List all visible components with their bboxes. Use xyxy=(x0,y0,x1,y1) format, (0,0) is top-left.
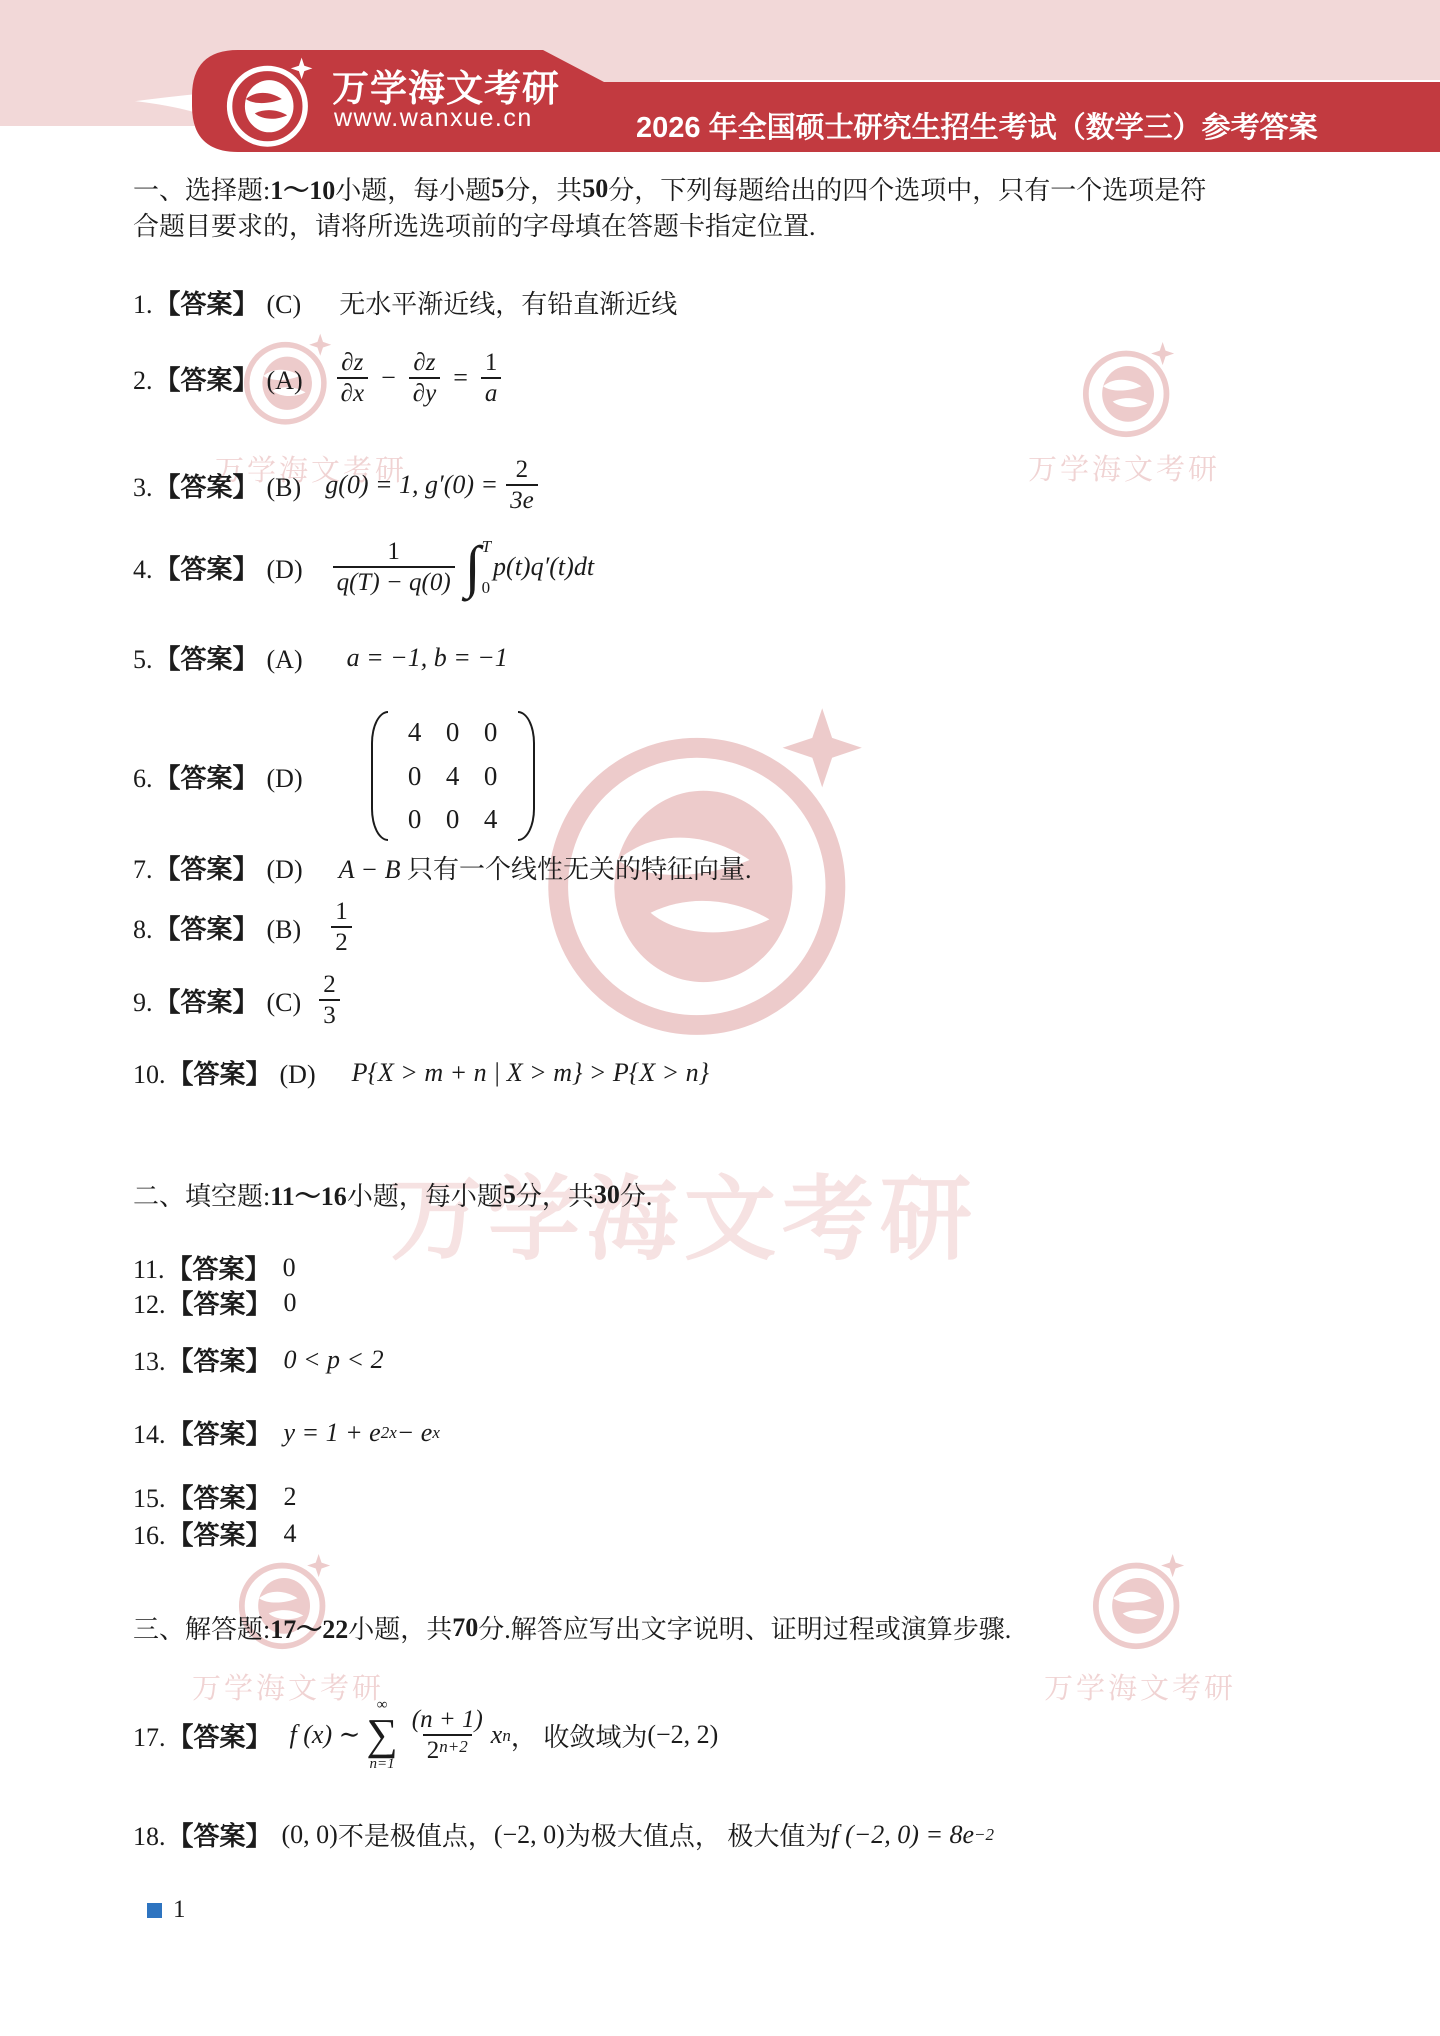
answer-text: 4 xyxy=(284,1519,297,1549)
answer-text: A − B 只有一个线性无关的特征向量. xyxy=(339,849,752,886)
question-number: 15. xyxy=(133,1484,166,1514)
question-17-row: 17.【答案】 f (x) ∼ ∞∑n=1 (n + 1)2n+2 xn ， 收… xyxy=(133,1698,718,1772)
answer-text: (0, 0) 不是极值点， (−2, 0) 为极大值点， 极大值为 f (−2,… xyxy=(282,1816,995,1853)
answer-label: 【答案】 xyxy=(155,909,259,946)
answer-choice: (D) xyxy=(280,1060,316,1090)
answer-label: 【答案】 xyxy=(168,1515,272,1552)
answer-label: 【答案】 xyxy=(155,758,259,795)
brand-logo-icon xyxy=(226,54,316,153)
answer-text: 2 xyxy=(284,1482,297,1512)
matrix-paren-right xyxy=(518,711,535,841)
question-number: 5. xyxy=(133,645,153,675)
answer-label: 【答案】 xyxy=(168,1284,272,1321)
answer-text: 0 xyxy=(284,1288,297,1318)
section-3-label: 三、解答题: xyxy=(133,1609,270,1646)
answer-sheet-page: 万学海文考研 万学海文考研 万学海文考研 万学海文考研 万学海文考研 万学海文考… xyxy=(0,0,1440,2036)
question-number: 7. xyxy=(133,855,153,885)
question-2-row: 2.【答案】(A) ∂z∂x − ∂z∂y = 1a xyxy=(133,336,505,420)
question-number: 3. xyxy=(133,473,153,503)
section-1-heading-line-1: 一、选择题:1～10 小题，每小题 5 分，共 50 分，下列每题给出的四个选项… xyxy=(133,170,1206,207)
answer-label: 【答案】 xyxy=(155,549,259,586)
answer-label: 【答案】 xyxy=(168,1414,272,1451)
answer-text: 0 xyxy=(283,1253,296,1283)
section-2-heading: 二、填空题:11～16 小题，每小题 5 分，共 30 分. xyxy=(133,1176,652,1213)
matrix-paren-left xyxy=(371,711,388,841)
question-number: 4. xyxy=(133,555,153,585)
question-8-row: 8.【答案】(B) 12 xyxy=(133,896,356,958)
question-number: 2. xyxy=(133,366,153,396)
answer-label: 【答案】 xyxy=(155,467,259,504)
answer-label: 【答案】 xyxy=(168,1816,272,1853)
question-6-row: 6.【答案】(D) 4 0 0 0 4 0 0 0 4 xyxy=(133,710,535,842)
question-number: 9. xyxy=(133,988,153,1018)
answer-fraction: 12 xyxy=(331,897,352,958)
answer-matrix: 4 0 0 0 4 0 0 0 4 xyxy=(371,711,535,841)
question-number: 14. xyxy=(133,1420,166,1450)
answer-fraction: 23 xyxy=(319,970,340,1031)
answer-choice: (A) xyxy=(267,366,303,396)
integral: ∫T0 xyxy=(465,536,491,598)
question-number: 10. xyxy=(133,1060,166,1090)
question-number: 16. xyxy=(133,1521,166,1551)
answer-label: 【答案】 xyxy=(155,284,259,321)
answer-label: 【答案】 xyxy=(168,1341,272,1378)
answer-formula: 0 < p < 2 xyxy=(284,1345,384,1375)
question-number: 11. xyxy=(133,1255,165,1285)
question-10-row: 10.【答案】(D) P{X > m + n | X > m} > P{X > … xyxy=(133,1054,709,1091)
question-16-row: 16.【答案】 4 xyxy=(133,1515,297,1552)
question-11-row: 11.【答案】 0 xyxy=(133,1249,296,1286)
question-number: 12. xyxy=(133,1290,166,1320)
answer-formula: y = 1 + e2x − ex xyxy=(284,1418,440,1448)
question-9-row: 9.【答案】(C) 23 xyxy=(133,968,344,1032)
watermark-text-top-right: 万学海文考研 xyxy=(1028,447,1220,488)
question-number: 18. xyxy=(133,1822,166,1852)
question-18-row: 18.【答案】 (0, 0) 不是极值点， (−2, 0) 为极大值点， 极大值… xyxy=(133,1816,994,1853)
watermark-logo-bottom-right xyxy=(1092,1550,1188,1656)
answer-formula: f (x) ∼ ∞∑n=1 (n + 1)2n+2 xn ， 收敛域为 (−2,… xyxy=(290,1698,719,1772)
section-3-heading: 三、解答题:17～22 小题，共 70 分.解答应写出文字说明、证明过程或演算步… xyxy=(133,1609,1011,1646)
answer-formula: P{X > m + n | X > m} > P{X > n} xyxy=(352,1058,709,1088)
question-5-row: 5.【答案】(A) a = −1, b = −1 xyxy=(133,639,508,676)
brand-url: www.wanxue.cn xyxy=(334,104,533,133)
question-number: 1. xyxy=(133,290,153,320)
question-15-row: 15.【答案】 2 xyxy=(133,1478,297,1515)
answer-label: 【答案】 xyxy=(155,360,259,397)
watermark-logo-top-right xyxy=(1082,338,1178,444)
answer-formula: a = −1, b = −1 xyxy=(347,643,508,673)
answer-label: 【答案】 xyxy=(167,1249,271,1286)
answer-choice: (B) xyxy=(267,915,302,945)
answer-label: 【答案】 xyxy=(168,1478,272,1515)
answer-label: 【答案】 xyxy=(155,982,259,1019)
question-number: 13. xyxy=(133,1347,166,1377)
question-13-row: 13.【答案】 0 < p < 2 xyxy=(133,1341,384,1378)
question-7-row: 7.【答案】(D) A − B 只有一个线性无关的特征向量. xyxy=(133,849,751,886)
answer-choice: (D) xyxy=(267,764,303,794)
footer-square-icon xyxy=(147,1903,162,1918)
watermark-text-bottom-right: 万学海文考研 xyxy=(1044,1666,1236,1707)
page-number: 1 xyxy=(173,1896,186,1924)
answer-label: 【答案】 xyxy=(168,1054,272,1091)
answer-text: 无水平渐近线，有铅直渐近线 xyxy=(339,284,677,321)
answer-choice: (C) xyxy=(267,290,302,320)
answer-choice: (C) xyxy=(267,988,302,1018)
answer-choice: (D) xyxy=(267,855,303,885)
question-12-row: 12.【答案】 0 xyxy=(133,1284,297,1321)
answer-formula: g(0) = 1, g′(0) = 23e xyxy=(325,455,542,516)
question-number: 6. xyxy=(133,764,153,794)
question-number: 17. xyxy=(133,1723,166,1753)
answer-label: 【答案】 xyxy=(155,849,259,886)
question-3-row: 3.【答案】(B) g(0) = 1, g′(0) = 23e xyxy=(133,448,542,522)
answer-formula: 1q(T) − q(0) ∫T0 p(t)q′(t)dt xyxy=(329,536,594,598)
document-title: 2026 年全国硕士研究生招生考试（数学三）参考答案 xyxy=(636,105,1318,146)
answer-choice: (B) xyxy=(267,473,302,503)
answer-label: 【答案】 xyxy=(168,1717,272,1754)
question-number: 8. xyxy=(133,915,153,945)
section-1-heading-line-2: 合题目要求的，请将所选选项前的字母填在答题卡指定位置. xyxy=(133,206,816,243)
section-2-label: 二、填空题: xyxy=(133,1176,270,1213)
answer-choice: (A) xyxy=(267,645,303,675)
answer-choice: (D) xyxy=(267,555,303,585)
summation: ∞∑n=1 xyxy=(366,1698,397,1772)
section-1-label: 一、选择题: xyxy=(133,170,270,207)
answer-formula: ∂z∂x − ∂z∂y = 1a xyxy=(333,348,506,409)
answer-label: 【答案】 xyxy=(155,639,259,676)
page-footer: 1 xyxy=(147,1896,186,1924)
question-14-row: 14.【答案】 y = 1 + e2x − ex xyxy=(133,1414,440,1451)
question-4-row: 4.【答案】(D) 1q(T) − q(0) ∫T0 p(t)q′(t)dt xyxy=(133,528,594,606)
question-1-row: 1.【答案】(C) 无水平渐近线，有铅直渐近线 xyxy=(133,284,677,321)
